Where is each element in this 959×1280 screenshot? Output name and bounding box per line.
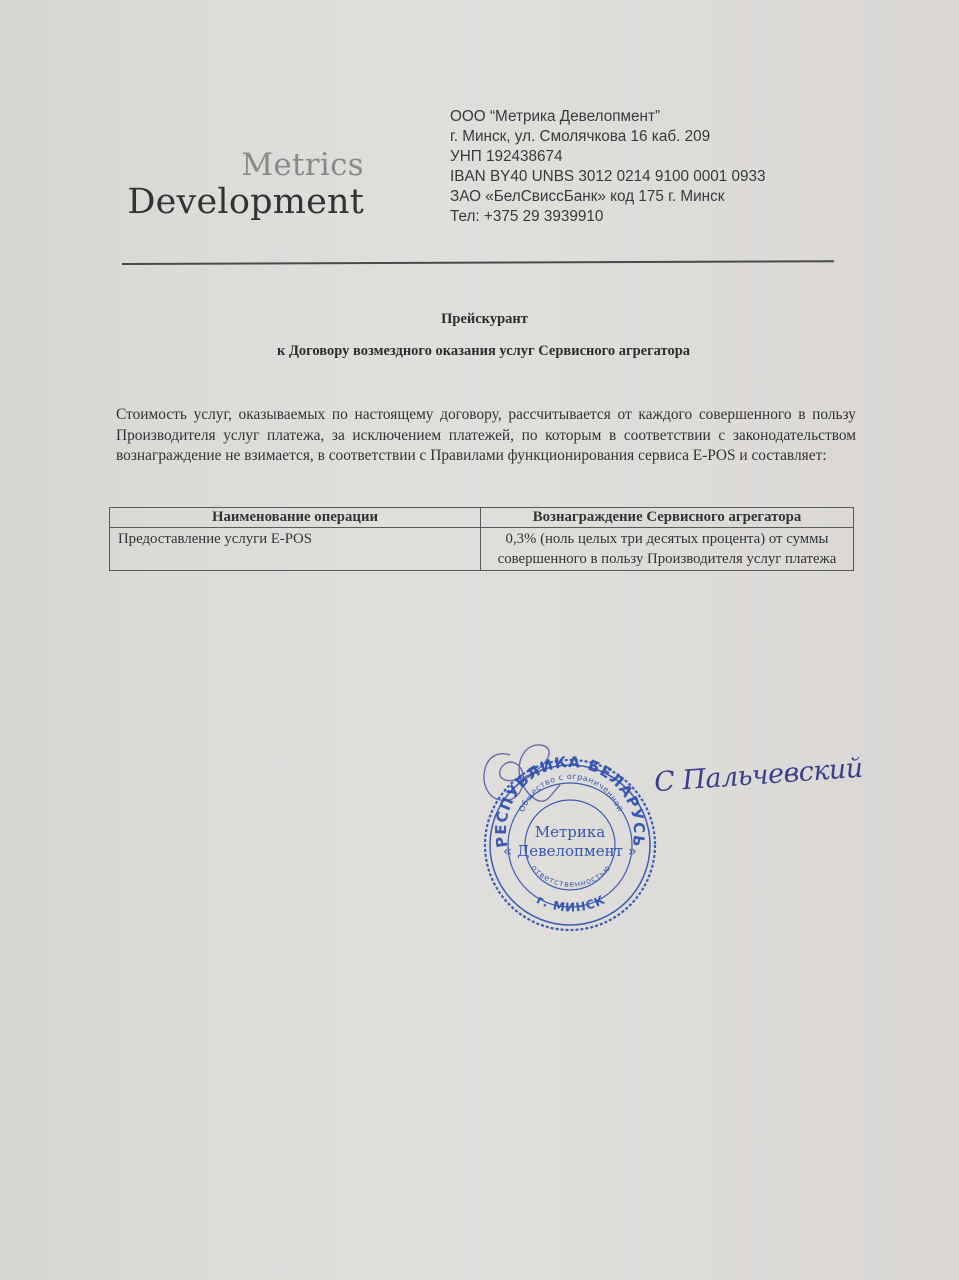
document-subtitle: к Договору возмездного оказания услуг Се… <box>8 343 959 360</box>
company-unp: УНП 192438674 <box>450 147 766 167</box>
company-bank: ЗАО «БелСвиссБанк» код 175 г. Минск <box>450 187 766 207</box>
company-details: ООО “Метрика Девелопмент” г. Минск, ул. … <box>450 107 766 227</box>
header-operation: Наименование операции <box>110 508 481 528</box>
header-fee: Вознаграждение Сервисного агрегатора <box>481 508 854 528</box>
table-row: Предоставление услуги E-POS 0,3% (ноль ц… <box>110 528 854 571</box>
stamp-center-line2: « Девелопмент » <box>503 842 637 860</box>
logo-line-development: Development <box>127 185 364 220</box>
price-table: Наименование операции Вознаграждение Сер… <box>109 507 854 571</box>
header-divider <box>122 260 834 265</box>
stamp-bottom-text: г. МИНСК <box>534 892 607 914</box>
company-phone: Тел: +375 29 3939910 <box>450 207 766 227</box>
body-paragraph: Стоимость услуг, оказываемых по настояще… <box>116 405 856 467</box>
company-iban: IBAN BY40 UNBS 3012 0214 9100 0001 0933 <box>450 167 766 187</box>
stamp-center-line1: Метрика <box>535 823 606 841</box>
svg-text:г. МИНСК: г. МИНСК <box>534 892 607 914</box>
stamp-inner-bottom-text: ответственностью <box>529 863 612 889</box>
table-header-row: Наименование операции Вознаграждение Сер… <box>110 508 854 528</box>
company-name: ООО “Метрика Девелопмент” <box>450 107 766 127</box>
cell-fee: 0,3% (ноль целых три десятых процента) о… <box>481 528 854 571</box>
document-title: Прейскурант <box>10 311 959 328</box>
svg-text:ответственностью: ответственностью <box>529 863 612 889</box>
company-logo: Metrics Development <box>127 150 364 220</box>
logo-line-metrics: Metrics <box>127 150 364 181</box>
company-address: г. Минск, ул. Смолячкова 16 каб. 209 <box>450 127 766 147</box>
document-page: Metrics Development ООО “Метрика Девелоп… <box>0 0 959 1280</box>
cell-operation: Предоставление услуги E-POS <box>110 528 481 571</box>
